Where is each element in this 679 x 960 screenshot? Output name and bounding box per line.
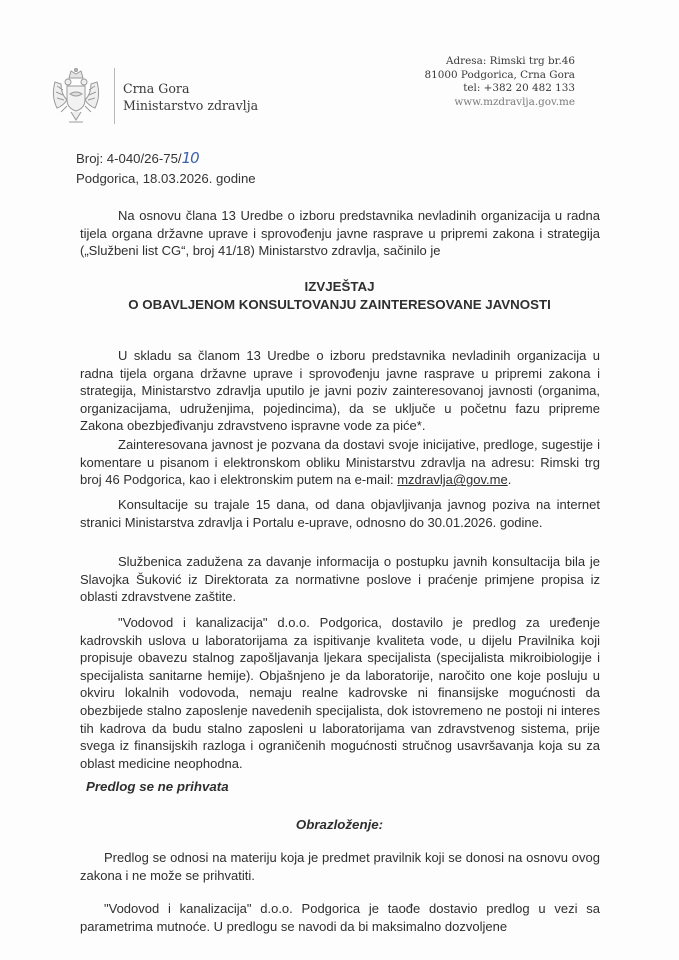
intro-paragraph: Na osnovu člana 13 Uredbe o izboru preds… [80,207,600,260]
paragraph-proposal-1: "Vodovod i kanalizacija" d.o.o. Podgoric… [80,614,600,772]
paragraph-text: "Vodovod i kanalizacija" d.o.o. Podgoric… [80,901,600,934]
report-subtitle: O OBAVLJENOM KONSULTOVANJU ZAINTERESOVAN… [0,296,679,314]
coat-of-arms-icon [47,66,105,126]
organization-name: Crna Gora Ministarstvo zdravlja [123,80,258,114]
paragraph-text: Predlog se odnosi na materiju koja je pr… [80,850,600,883]
paragraph-text: U skladu sa članom 13 Uredbe o izboru pr… [80,348,600,433]
address-street: Adresa: Rimski trg br.46 [425,55,575,69]
paragraph-text: "Vodovod i kanalizacija" d.o.o. Podgoric… [80,615,600,771]
country-name: Crna Gora [123,80,258,97]
document-meta: Broj: 4-040/26-75/10 Podgorica, 18.03.20… [76,148,256,189]
address-phone: tel: +382 20 482 133 [425,82,575,96]
paragraph-submission: Zainteresovana javnost je pozvana da dos… [80,436,600,489]
paragraph-proposal-2: "Vodovod i kanalizacija" d.o.o. Podgoric… [80,900,600,935]
reference-number: Broj: 4-040/26-75/10 [76,148,256,169]
paragraph-duration: Konsultacije su trajale 15 dana, od dana… [80,496,600,531]
paragraph-end: . [508,472,512,487]
paragraph-official: Službenica zadužena za davanje informaci… [80,553,600,606]
reference-number-label: Broj: 4-040/26-75/ [76,151,182,166]
proposal-verdict: Predlog se ne prihvata [86,779,229,794]
report-title: IZVJEŠTAJ [0,278,679,296]
ministry-name: Ministarstvo zdravlja [123,97,258,114]
paragraph-text: Zainteresovana javnost je pozvana da dos… [80,437,600,487]
paragraph-text: Službenica zadužena za davanje informaci… [80,554,600,604]
document-page: Crna Gora Ministarstvo zdravlja Adresa: … [0,0,679,960]
justification-heading: Obrazloženje: [0,817,679,832]
handwritten-number: 10 [182,149,199,167]
place-date: Podgorica, 18.03.2026. godine [76,169,256,189]
address-website: www.mzdravlja.gov.me [425,96,575,110]
paragraph-text: Konsultacije su trajale 15 dana, od dana… [80,497,600,530]
email-link[interactable]: mzdravlja@gov.me [397,472,508,487]
intro-text: Na osnovu člana 13 Uredbe o izboru preds… [80,208,600,258]
contact-address-block: Adresa: Rimski trg br.46 81000 Podgorica… [425,55,575,109]
address-city: 81000 Podgorica, Crna Gora [425,69,575,83]
header-divider [114,68,115,124]
paragraph-justification: Predlog se odnosi na materiju koja je pr… [80,849,600,884]
paragraph-public-call: U skladu sa članom 13 Uredbe o izboru pr… [80,347,600,435]
